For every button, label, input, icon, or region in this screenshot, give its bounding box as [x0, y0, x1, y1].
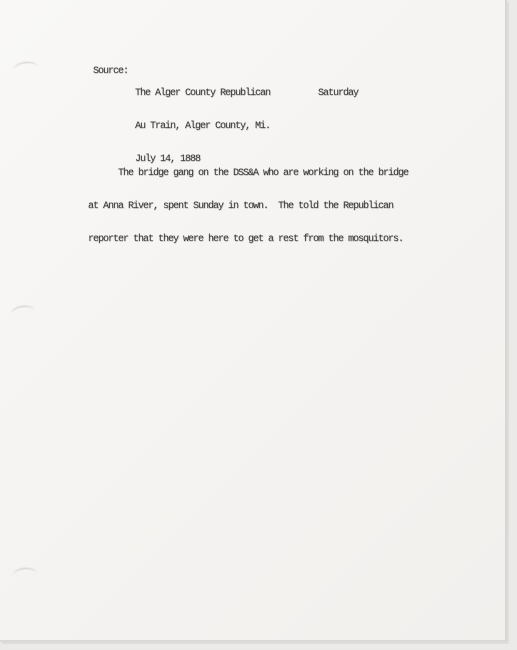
hole-punch-mark-bottom	[13, 567, 38, 582]
source-line-publication: The Alger County Republican	[135, 88, 270, 99]
body-line: at Anna River, spent Sunday in town. The…	[88, 201, 408, 212]
weekday-label: Saturday	[318, 88, 358, 99]
hole-punch-mark-top	[13, 61, 38, 76]
source-label: Source:	[93, 66, 128, 77]
body-paragraph: The bridge gang on the DSS&A who are wor…	[88, 146, 408, 267]
hole-punch-mark-middle	[10, 304, 36, 320]
body-line: reporter that they were here to get a re…	[88, 234, 408, 245]
scan-background: { "doc": { "source_label": "Source:", "s…	[0, 0, 517, 650]
body-line: The bridge gang on the DSS&A who are wor…	[88, 168, 408, 179]
source-line-location: Au Train, Alger County, Mi.	[135, 121, 270, 132]
document-page: Source: The Alger County Republican Au T…	[0, 0, 507, 642]
